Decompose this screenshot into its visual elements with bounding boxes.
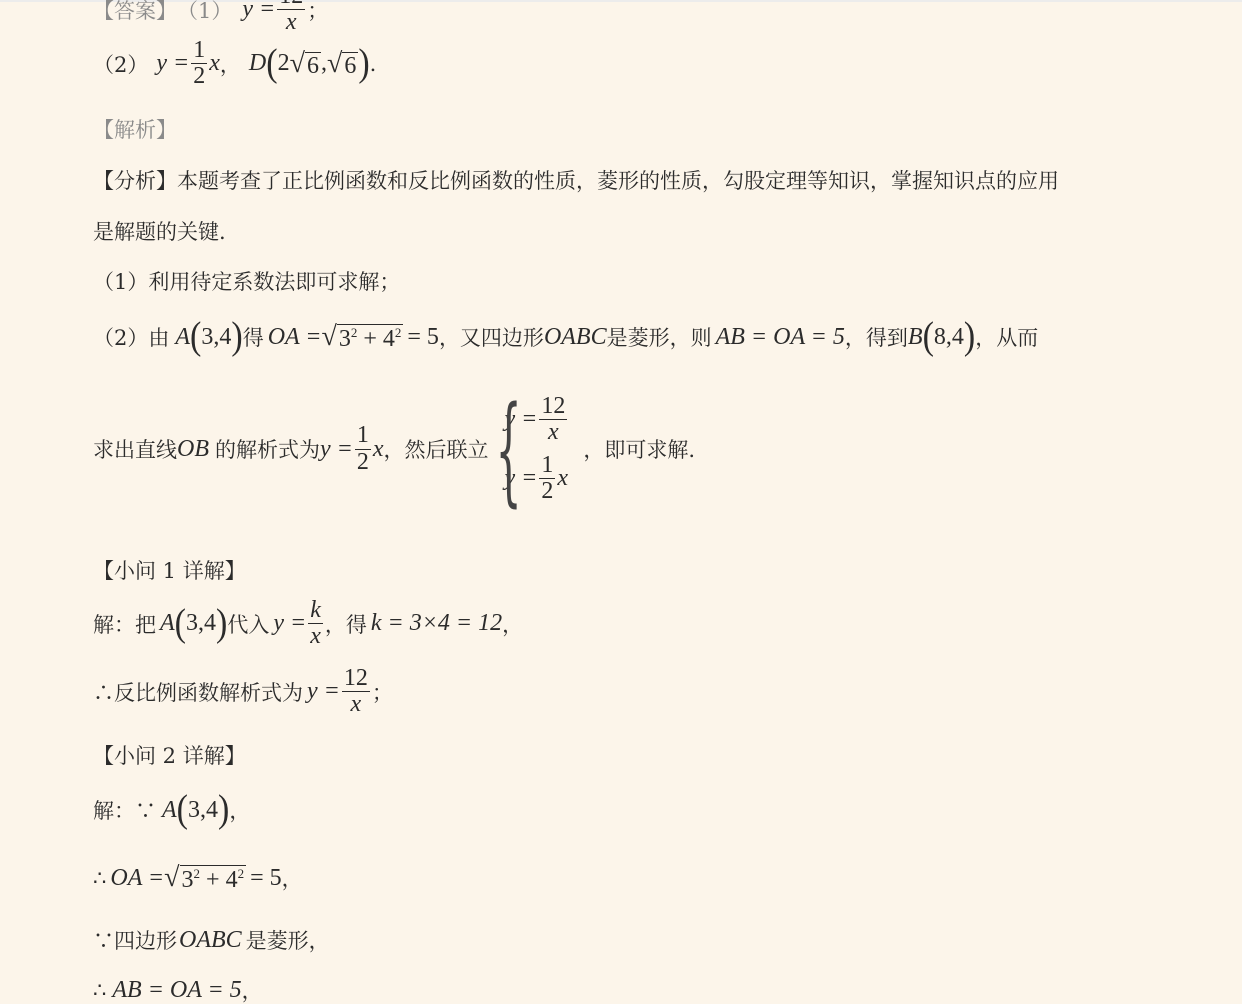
left-brace: { (495, 390, 500, 508)
fraction: 12 x (277, 0, 305, 35)
analysis-step2: （2）由 A (3,4) 得 OA = √32 + 42 = 5 ，又四边形 O… (93, 320, 1038, 354)
answer-part1: 【答案】 （1） y = 12 x ； (93, 0, 328, 35)
part-number: （2） (93, 49, 148, 79)
answer-part2: （2） y = 1 2 x ， D ( 2 √6 , √6 ) . (93, 38, 376, 89)
sub1-line2: ∴反比例函数解析式为 y = 12 x ； (93, 666, 393, 717)
analysis-label: 【解析】 (93, 114, 177, 144)
equation-system: { y = 12 x y = 1 2 x (491, 390, 570, 508)
sub2-line4: ∴ AB = OA = 5 ， (93, 975, 263, 1004)
sub1-line1: 解：把 A (3,4) 代入 y = k x ，得 k = 3×4 = 12 ， (93, 598, 523, 649)
analysis-step2-cont: 求出直线 OB 的解析式为 y = 1 2 x ，然后联立 { y = 12 x… (93, 390, 695, 508)
part-number: （1） (177, 0, 232, 25)
left-paren: ( (266, 44, 277, 83)
analysis-step1: （1）利用待定系数法即可求解； (93, 266, 400, 296)
math-lhs: y = (242, 0, 275, 23)
right-paren: ) (358, 44, 369, 83)
answer-label: 【答案】 (93, 0, 177, 25)
point-label: D (249, 50, 266, 77)
square-root: √32 + 42 (321, 321, 403, 353)
fraction: 1 2 (191, 38, 207, 89)
sub2-line1: 解：∵ A (3,4) ， (93, 793, 250, 827)
analysis-summary-line1: 【分析】本题考查了正比例函数和反比例函数的性质，菱形的性质，勾股定理等知识，掌握… (93, 165, 1059, 195)
analysis-summary-line2: 是解题的关键. (93, 216, 226, 246)
sub2-line3: ∵四边形 OABC 是菱形， (93, 925, 330, 955)
square-root: √6 (327, 48, 358, 80)
square-root: √6 (290, 48, 321, 80)
sub1-label: 【小问 1 详解】 (93, 555, 246, 585)
fraction: 1 2 (355, 423, 371, 474)
sub2-label: 【小问 2 详解】 (93, 740, 246, 770)
square-root: √32 + 42 (164, 862, 246, 894)
sub2-line2: ∴ OA = √32 + 42 = 5 ， (93, 862, 303, 894)
